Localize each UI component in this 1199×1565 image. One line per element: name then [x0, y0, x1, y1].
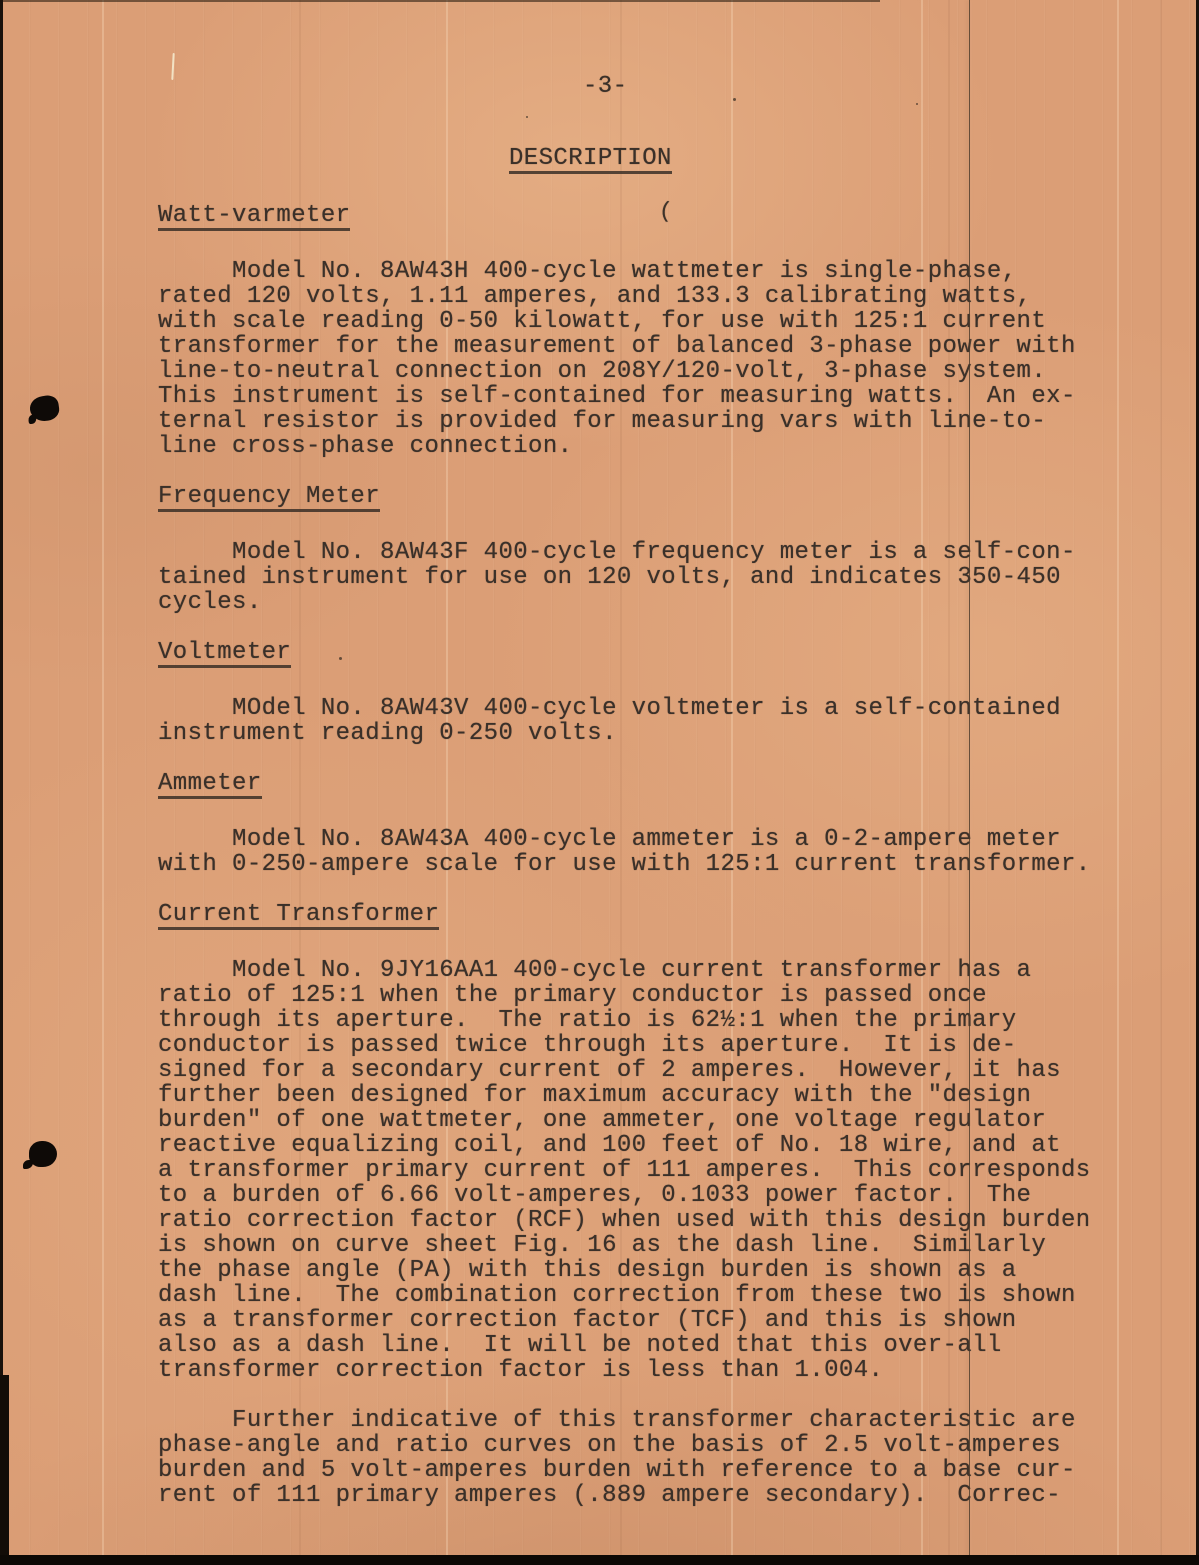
- text-line: tained instrument for use on 120 volts, …: [158, 565, 1118, 590]
- text-line: reactive equalizing coil, and 100 feet o…: [158, 1133, 1118, 1158]
- paragraph: Further indicative of this transformer c…: [158, 1408, 1118, 1508]
- document-body: Watt-varmeter Model No. 8AW43H 400-cycle…: [158, 203, 1118, 1533]
- text-line: to a burden of 6.66 volt-amperes, 0.1033…: [158, 1183, 1118, 1208]
- paragraph: MOdel No. 8AW43V 400-cycle voltmeter is …: [158, 696, 1118, 746]
- section-heading: Ammeter: [158, 771, 1118, 799]
- paper-speck: [339, 657, 342, 660]
- text-line: transformer correction factor is less th…: [158, 1358, 1118, 1383]
- text-line: Model No. 8AW43H 400-cycle wattmeter is …: [158, 259, 1118, 284]
- text-line: burden and 5 volt-amperes burden with re…: [158, 1458, 1118, 1483]
- section-heading-text: Watt-varmeter: [158, 203, 350, 231]
- text-line: burden" of one wattmeter, one ammeter, o…: [158, 1108, 1118, 1133]
- text-line: conductor is passed twice through its ap…: [158, 1033, 1118, 1058]
- text-line: the phase angle (PA) with this design bu…: [158, 1258, 1118, 1283]
- text-line: rent of 111 primary amperes (.889 ampere…: [158, 1483, 1118, 1508]
- section-heading-text: Frequency Meter: [158, 484, 380, 512]
- scan-edge-top: [0, 0, 880, 2]
- ink-blot-mark: [28, 394, 60, 423]
- text-line: through its aperture. The ratio is 62½:1…: [158, 1008, 1118, 1033]
- section-heading: Voltmeter: [158, 640, 1118, 668]
- stray-pen-mark: (: [658, 199, 673, 225]
- section-heading: Frequency Meter: [158, 484, 1118, 512]
- text-line: also as a dash line. It will be noted th…: [158, 1333, 1118, 1358]
- text-line: dash line. The combination correction fr…: [158, 1283, 1118, 1308]
- text-line: as a transformer correction factor (TCF)…: [158, 1308, 1118, 1333]
- text-line: with scale reading 0-50 kilowatt, for us…: [158, 309, 1118, 334]
- section-heading: Current Transformer: [158, 902, 1118, 930]
- text-line: phase-angle and ratio curves on the basi…: [158, 1433, 1118, 1458]
- page-number: -3-: [583, 74, 627, 99]
- scan-streak: [102, 0, 104, 1565]
- text-line: ratio correction factor (RCF) when used …: [158, 1208, 1118, 1233]
- paragraph: Model No. 8AW43A 400-cycle ammeter is a …: [158, 827, 1118, 877]
- scan-edge-left: [0, 0, 3, 1565]
- section-frequency-meter: Frequency Meter Model No. 8AW43F 400-cyc…: [158, 484, 1118, 615]
- paper-scratch: [171, 53, 174, 80]
- paragraph: Model No. 8AW43H 400-cycle wattmeter is …: [158, 259, 1118, 459]
- section-current-transformer: Current Transformer Model No. 9JY16AA1 4…: [158, 902, 1118, 1508]
- paper-speck: [916, 103, 918, 105]
- paragraph: Model No. 9JY16AA1 400-cycle current tra…: [158, 958, 1118, 1383]
- section-heading-text: Ammeter: [158, 771, 262, 799]
- text-line: with 0-250-ampere scale for use with 125…: [158, 852, 1118, 877]
- text-line: is shown on curve sheet Fig. 16 as the d…: [158, 1233, 1118, 1258]
- text-line: transformer for the measurement of balan…: [158, 334, 1118, 359]
- text-line: Model No. 9JY16AA1 400-cycle current tra…: [158, 958, 1118, 983]
- text-line: ternal resistor is provided for measurin…: [158, 409, 1118, 434]
- text-line: rated 120 volts, 1.11 amperes, and 133.3…: [158, 284, 1118, 309]
- section-voltmeter: Voltmeter MOdel No. 8AW43V 400-cycle vol…: [158, 640, 1118, 746]
- scan-edge-left-bottom: [0, 1375, 9, 1565]
- scanned-document-page: -3- DESCRIPTION Watt-varmeter Model No. …: [0, 0, 1199, 1565]
- text-line: signed for a secondary current of 2 ampe…: [158, 1058, 1118, 1083]
- paper-fold-line: [969, 0, 970, 1565]
- section-watt-varmeter: Watt-varmeter Model No. 8AW43H 400-cycle…: [158, 203, 1118, 459]
- section-ammeter: Ammeter Model No. 8AW43A 400-cycle ammet…: [158, 771, 1118, 877]
- text-line: instrument reading 0-250 volts.: [158, 721, 1118, 746]
- text-line: further been designed for maximum accura…: [158, 1083, 1118, 1108]
- text-line: Model No. 8AW43A 400-cycle ammeter is a …: [158, 827, 1118, 852]
- text-line: a transformer primary current of 111 amp…: [158, 1158, 1118, 1183]
- text-line: Further indicative of this transformer c…: [158, 1408, 1118, 1433]
- section-heading-text: Current Transformer: [158, 902, 439, 930]
- scan-streak: [1160, 0, 1162, 1565]
- paper-speck: [526, 116, 528, 118]
- text-line: MOdel No. 8AW43V 400-cycle voltmeter is …: [158, 696, 1118, 721]
- section-heading-text: Voltmeter: [158, 640, 291, 668]
- text-line: This instrument is self-contained for me…: [158, 384, 1118, 409]
- scan-edge-bottom: [0, 1555, 1199, 1565]
- text-line: line cross-phase connection.: [158, 434, 1118, 459]
- text-line: Model No. 8AW43F 400-cycle frequency met…: [158, 540, 1118, 565]
- text-line: cycles.: [158, 590, 1118, 615]
- section-heading: Watt-varmeter: [158, 203, 1118, 231]
- text-line: line-to-neutral connection on 208Y/120-v…: [158, 359, 1118, 384]
- paragraph: Model No. 8AW43F 400-cycle frequency met…: [158, 540, 1118, 615]
- text-line: ratio of 125:1 when the primary conducto…: [158, 983, 1118, 1008]
- ink-blot-mark: [29, 1141, 57, 1167]
- paper-speck: [733, 98, 736, 101]
- document-title: DESCRIPTION: [509, 146, 672, 174]
- document-title-text: DESCRIPTION: [509, 146, 672, 174]
